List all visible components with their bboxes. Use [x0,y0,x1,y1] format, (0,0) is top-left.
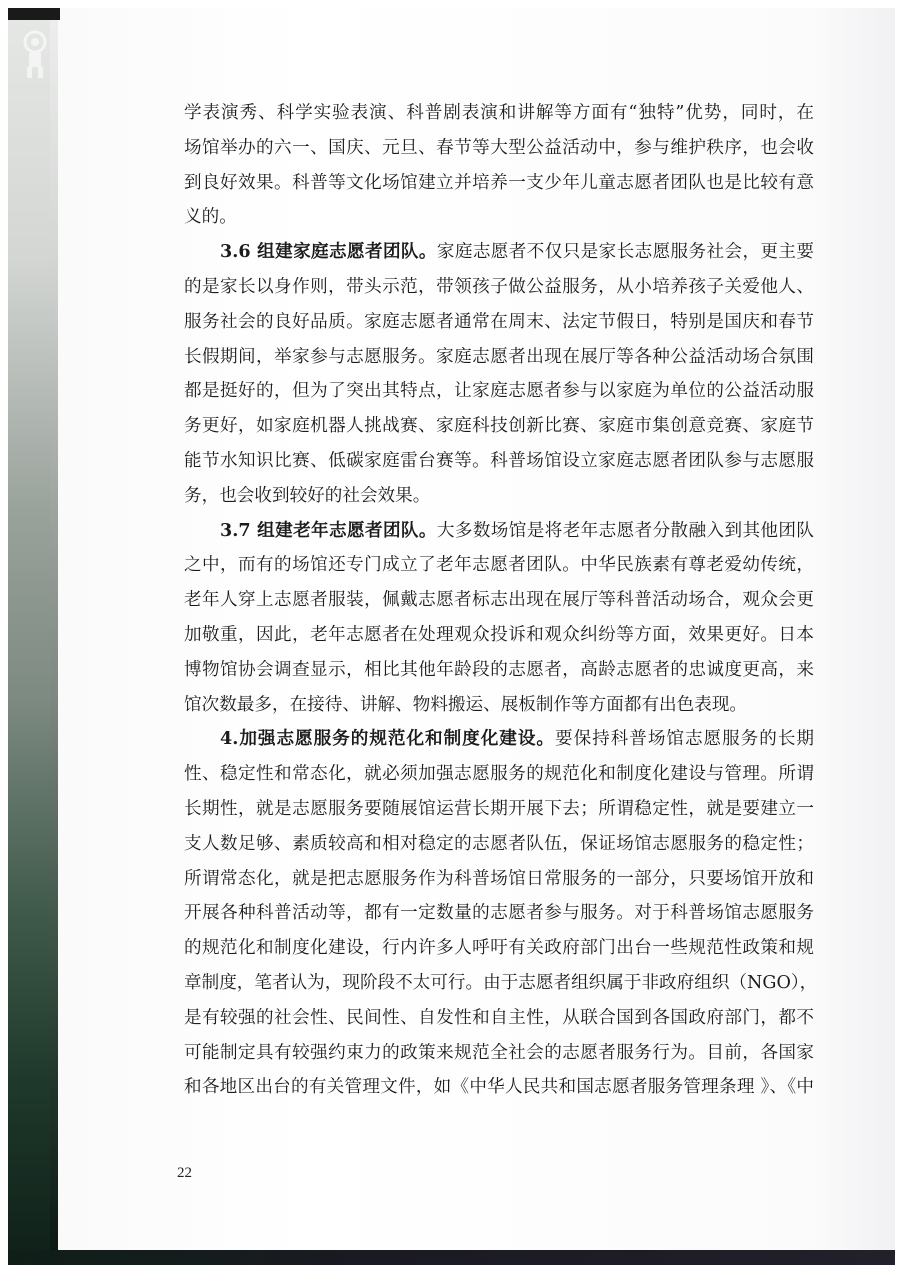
text-line: 长假期间，举家参与志愿服务。家庭志愿者出现在展厅等各种公益活动场合氛围 [184,340,814,375]
text-line: 所谓常态化，就是把志愿服务作为科普场馆日常服务的一部分，只要场馆开放和 [184,862,814,897]
text-line: 务更好，如家庭机器人挑战赛、家庭科技创新比赛、家庭市集创意竞赛、家庭节 [184,409,814,444]
text-line: 到良好效果。科普等文化场馆建立并培养一支少年儿童志愿者团队也是比较有意 [184,166,814,201]
text-line: 长期性，就是志愿服务要随展馆运营长期开展下去；所谓稳定性，就是要建立一 [184,792,814,827]
text-line: 老年人穿上志愿者服装，佩戴志愿者标志出现在展厅等科普活动场合，观众会更 [184,583,814,618]
paragraph-4: 4.加强志愿服务的规范化和制度化建设。要保持科普场馆志愿服务的长期 性、稳定性和… [184,722,814,1105]
text-run: 大多数场馆是将老年志愿者分散融入到其他团队 [437,521,814,541]
text-line: 学表演秀、科学实验表演、科普剧表演和讲解等方面有“独特”优势，同时，在 [184,96,814,131]
text-line: 务，也会收到较好的社会效果。 [184,479,814,514]
text-line: 支人数足够、素质较高和相对稳定的志愿者队伍，保证场馆志愿服务的稳定性； [184,827,814,862]
scan-edge-shadow [50,8,58,1265]
text-run: 家庭志愿者不仅只是家长志愿服务社会，更主要 [437,242,814,262]
text-line: 之中，而有的场馆还专门成立了老年志愿者团队。中华民族素有尊老爱幼传统， [184,548,814,583]
page-number: 22 [177,1165,192,1182]
text-line: 博物馆协会调查显示，相比其他年龄段的志愿者，高龄志愿者的忠诚度更高，来 [184,653,814,688]
section-heading: 4.加强志愿服务的规范化和制度化建设。 [220,728,555,749]
text-line: 3.6 组建家庭志愿者团队。家庭志愿者不仅只是家长志愿服务社会，更主要 [184,235,814,270]
text-line: 章制度，笔者认为，现阶段不太可行。由于志愿者组织属于非政府组织（NGO）， [184,966,814,1001]
paragraph: 学表演秀、科学实验表演、科普剧表演和讲解等方面有“独特”优势，同时，在 场馆举办… [184,96,814,235]
text-line: 馆次数最多，在接待、讲解、物料搬运、展板制作等方面都有出色表现。 [184,688,814,723]
text-line: 的规范化和制度化建设，行内许多人呼吁有关政府部门出台一些规范性政策和规 [184,931,814,966]
text-line: 场馆举办的六一、国庆、元旦、春节等大型公益活动中，参与维护秩序，也会收 [184,131,814,166]
text-line: 3.7 组建老年志愿者团队。大多数场馆是将老年志愿者分散融入到其他团队 [184,514,814,549]
text-line: 开展各种科普活动等，都有一定数量的志愿者参与服务。对于科普场馆志愿服务 [184,896,814,931]
text-run: 要保持科普场馆志愿服务的长期 [555,729,814,749]
text-line: 能节水知识比赛、低碳家庭雷台赛等。科普场馆设立家庭志愿者团队参与志愿服 [184,444,814,479]
text-line: 4.加强志愿服务的规范化和制度化建设。要保持科普场馆志愿服务的长期 [184,722,814,757]
text-line: 是有较强的社会性、民间性、自发性和自主性，从联合国到各国政府部门，都不 [184,1001,814,1036]
scan-bottom-band [8,1250,895,1265]
text-line: 可能制定具有较强约束力的政策来规范全社会的志愿者服务行为。目前，各国家 [184,1036,814,1071]
paragraph-3-7: 3.7 组建老年志愿者团队。大多数场馆是将老年志愿者分散融入到其他团队 之中，而… [184,514,814,723]
text-line: 都是挺好的，但为了突出其特点，让家庭志愿者参与以家庭为单位的公益活动服 [184,374,814,409]
section-heading: 3.6 组建家庭志愿者团队。 [220,241,437,262]
text-line: 性、稳定性和常态化，就必须加强志愿服务的规范化和制度化建设与管理。所谓 [184,757,814,792]
paragraph-3-6: 3.6 组建家庭志愿者团队。家庭志愿者不仅只是家长志愿服务社会，更主要 的是家长… [184,235,814,513]
text-line: 加敬重，因此，老年志愿者在处理观众投诉和观众纠纷等方面，效果更好。日本 [184,618,814,653]
scan-edge-strip [8,8,58,1265]
text-line: 义的。 [184,200,814,235]
mascot-watermark-icon [18,30,52,80]
section-heading: 3.7 组建老年志愿者团队。 [220,520,437,541]
text-line: 服务社会的良好品质。家庭志愿者通常在周末、法定节假日，特别是国庆和春节 [184,305,814,340]
scan-top-bar [8,8,60,20]
text-line: 的是家长以身作则，带头示范，带领孩子做公益服务，从小培养孩子关爱他人、 [184,270,814,305]
document-body: 学表演秀、科学实验表演、科普剧表演和讲解等方面有“独特”优势，同时，在 场馆举办… [184,96,814,1105]
text-line: 和各地区出台的有关管理文件，如《中华人民共和国志愿者服务管理条理 》、《中 [184,1070,814,1105]
